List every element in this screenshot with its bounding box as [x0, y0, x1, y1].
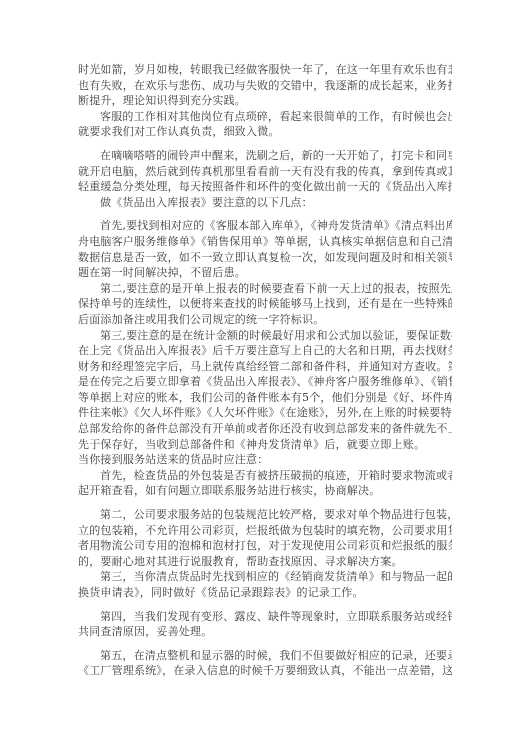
text-line: 在上完《货品出入库报表》后千万要注意写上自己的大名和日期，再去找财务和经理签字，	[78, 343, 452, 359]
paragraph-gap	[78, 140, 452, 148]
text-line: 就开启电脑，然后就到传真机那里看看前一天有没有我的传真，拿到传真或其他资料后分	[78, 164, 452, 180]
text-line: 就要求我们对工作认真负责，细致入微。	[78, 124, 452, 140]
text-line: 做《货品出入库报表》要注意的以下几点：	[78, 195, 452, 211]
text-line: 共同查清原因，妥善处理。	[78, 624, 452, 640]
text-line: 客服的工作相对其他岗位有点琐碎，看起来很简单的工作，有时候也会出现错误，这	[78, 109, 452, 125]
text-line: 保持单号的连续性，以便将来查找的时候能够马上找到，还有是在一些特殊的单号和明细	[78, 296, 452, 312]
text-line: 轻重缓急分类处理，每天按照备件和坏件的变化做出前一天的《货品出入库报表》。	[78, 179, 452, 195]
text-line: 者用物流公司专用的泡棉和泡材打包，对于发现使用公司彩页和烂报纸的服务站和经销商	[78, 538, 452, 554]
paragraph-gap	[78, 601, 452, 609]
text-line: 第二,要注意的是开单上报表的时候要查看下前一天上过的报表，按照先后顺序上报表，	[78, 281, 452, 297]
text-line: 当你接到服务站送来的货品时应注意：	[78, 452, 452, 468]
text-line: 先于保存好，当收到总部备件和《神舟发货清单》后，就要立即上账。	[78, 437, 452, 453]
text-line: 也有失败，在欢乐与悲伤、成功与失败的交错中，我逐渐的成长起来，业务技术水平也不	[78, 78, 452, 94]
text-line: 时光如箭，岁月如梭，转眼我已经做客服快一年了，在这一年里有欢乐也有悲伤，有成功	[78, 62, 452, 78]
text-line: 首先，检查货品的外包装是否有被挤压破损的痕迹，开箱时要求物流或者货运人员一	[78, 468, 452, 484]
text-line: 件往来帐》《欠人坏件账》《人欠坏件账》《在途账》，另外,在上账的时候要特别注意当	[78, 405, 452, 421]
document-page: 时光如箭，岁月如梭，转眼我已经做客服快一年了，在这一年里有欢乐也有悲伤，有成功也…	[78, 62, 452, 679]
text-line: 后面添加备注或用我们公司规定的统一字符标识。	[78, 312, 452, 328]
text-line: 第二，公司要求服务站的包装规范比较严格，要求对单个物品进行包装，并要求有独	[78, 507, 452, 523]
text-line: 的，要耐心地对其进行说服教育，帮助查找原因、寻求解决方案。	[78, 554, 452, 570]
text-line: 断提升，理论知识得到充分实践。	[78, 93, 452, 109]
text-line: 是在传完之后要立即拿着《货品出入库报表》、《神舟客户服务维修单》、《销售保用单》	[78, 374, 452, 390]
paragraph-gap	[78, 210, 452, 218]
text-line: 题在第一时间解决掉，不留后患。	[78, 265, 452, 281]
paragraph-gap	[78, 499, 452, 507]
text-line: 第三，当你清点货品时先找到相应的《经销商发货清单》和与物品一起的《分公司退	[78, 569, 452, 585]
text-line: 财务和经理签完字后，马上就传真给经管二部和备件科，并通知对方查收。第四,要注意的	[78, 359, 452, 375]
text-line: 第三,要注意的是在统计金额的时候最好用求和公式加以验证，要保证数据的 正确性。	[78, 328, 452, 344]
text-line: 数据信息是否一致，如不一致立即认真复检一次，如发现问题及时和相关领导反映，把问	[78, 250, 452, 266]
text-line: 第四，当我们发现有变形、露皮、缺件等现象时，立即联系服务站或经销商说明情况，	[78, 609, 452, 625]
text-line: 起开箱查看，如有问题立即联系服务站进行核实，协商解决。	[78, 483, 452, 499]
text-line: 舟电脑客户服务维修单》《销售保用单》等单据，认真核实单据信息和自己清点时记录的	[78, 234, 452, 250]
text-line: 首先,要找到相对应的《客服本部入库单》，《神舟发货清单》《清点料出库单》《神	[78, 218, 452, 234]
text-line: 《工厂管理系统》，在录入信息的时候千万要细致认真，不能出一点差错，这个是我们日	[78, 663, 452, 679]
text-line: 立的包装箱，不允许用公司彩页，烂报纸做为包装时的填充物，公司要求用货品原包装或	[78, 523, 452, 539]
text-line: 换货申请表》，同时做好《货品记录跟踪表》的记录工作。	[78, 585, 452, 601]
text-line: 在嘀嘀嗒嗒的闹铃声中醒来，洗刷之后，新的一天开始了，打完卡和同事打完招呼后	[78, 148, 452, 164]
text-line: 第五，在清点整机和显示器的时候，我们不但要做好相应的记录，还要录入我们的	[78, 648, 452, 664]
paragraph-gap	[78, 640, 452, 648]
text-line: 等单据上对应的账本，我们公司的备件账本有5个，他们分别是《好、坏件库存帐》《备	[78, 390, 452, 406]
text-line: 总部发给你的备件总部没有开单前或者你还没有收到总部发来的备件就先不上账，但是要	[78, 421, 452, 437]
